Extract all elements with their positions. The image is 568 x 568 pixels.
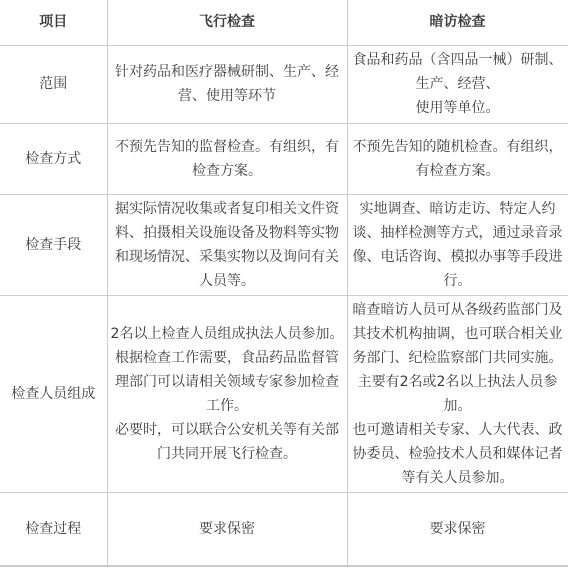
table-row-scope: 范围 针对药品和医疗器械研制、生产、经营、使用等环节 食品和药品（含四品一械）研…	[0, 45, 568, 123]
header-row: 项目 飞行检查 暗访检查	[0, 0, 568, 45]
cell-scope-covert: 食品和药品（含四品一械）研制、 生产、经营、 使用等单位。	[347, 45, 568, 123]
cell-process-covert: 要求保密	[347, 492, 568, 566]
cell-method-covert: 不预先告知的随机检查。有组织，有检查方案。	[347, 123, 568, 194]
table-row-personnel: 检查人员组成 2名以上检查人员组成执法人员参加。 根据检查工作需要，食品药品监督…	[0, 295, 568, 492]
col-header-covert-inspection: 暗访检查	[347, 0, 568, 45]
col-header-item: 项目	[0, 0, 107, 45]
cell-process-flight: 要求保密	[107, 492, 347, 566]
cell-means-flight: 据实际情况收集或者复印相关文件资料、拍摄相关设施设备及物料等实物和现场情况、采集…	[107, 194, 347, 295]
row-label-process: 检查过程	[0, 492, 107, 566]
row-label-personnel: 检查人员组成	[0, 295, 107, 492]
cell-scope-flight: 针对药品和医疗器械研制、生产、经营、使用等环节	[107, 45, 347, 123]
row-label-method: 检查方式	[0, 123, 107, 194]
cell-personnel-flight: 2名以上检查人员组成执法人员参加。 根据检查工作需要，食品药品监督管理部门可以请…	[107, 295, 347, 492]
table-row-process: 检查过程 要求保密 要求保密	[0, 492, 568, 566]
row-label-means: 检查手段	[0, 194, 107, 295]
cell-personnel-covert: 暗查暗访人员可从各级药监部门及其技术机构抽调，也可联合相关业务部门、纪检监察部门…	[347, 295, 568, 492]
col-header-flight-inspection: 飞行检查	[107, 0, 347, 45]
cell-means-covert: 实地调查、暗访走访、特定人约谈、抽样检测等方式，通过录音录像、电话咨询、模拟办事…	[347, 194, 568, 295]
inspection-comparison-table: 项目 飞行检查 暗访检查 范围 针对药品和医疗器械研制、生产、经营、使用等环节 …	[0, 0, 568, 567]
cell-method-flight: 不预先告知的监督检查。有组织，有检查方案。	[107, 123, 347, 194]
row-label-scope: 范围	[0, 45, 107, 123]
table-row-method: 检查方式 不预先告知的监督检查。有组织，有检查方案。 不预先告知的随机检查。有组…	[0, 123, 568, 194]
table-row-means: 检查手段 据实际情况收集或者复印相关文件资料、拍摄相关设施设备及物料等实物和现场…	[0, 194, 568, 295]
